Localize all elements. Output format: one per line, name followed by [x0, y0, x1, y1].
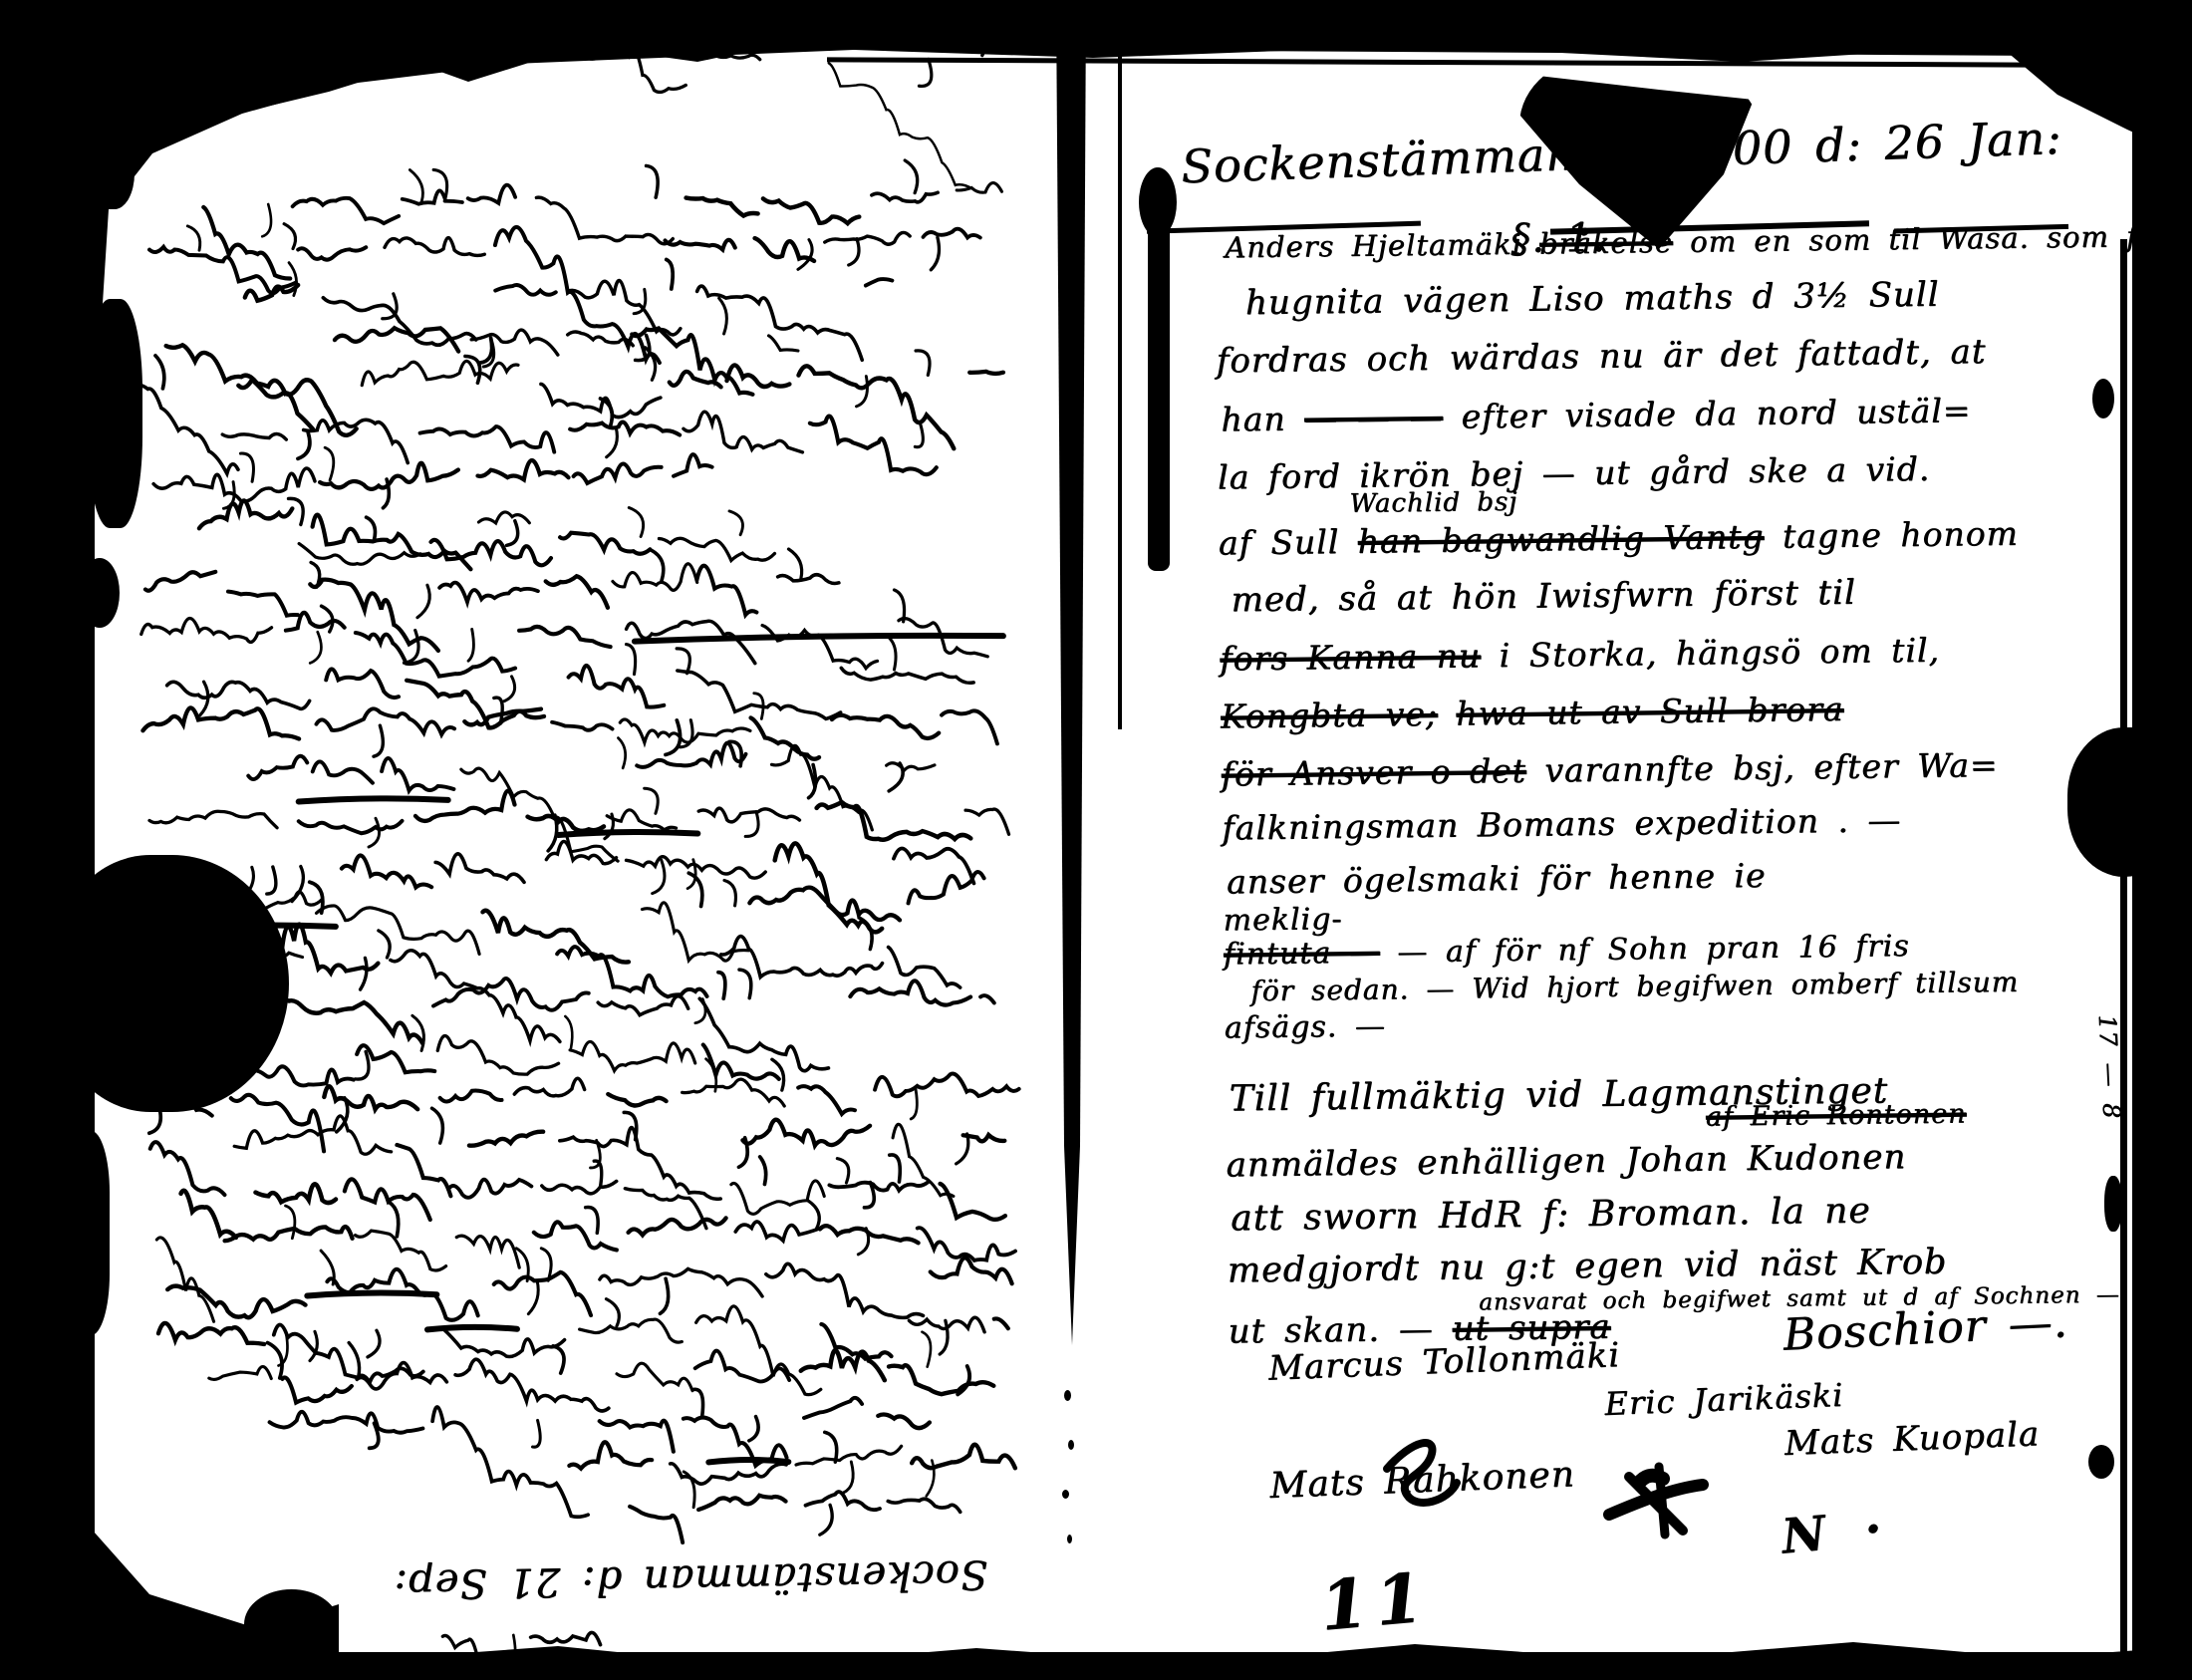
- handwriting-line: [889, 763, 904, 791]
- handwriting-line: [534, 1221, 617, 1252]
- handwriting-line: [600, 1267, 762, 1299]
- scan-artifact-left-speckle: [88, 299, 142, 528]
- handwriting-line: [266, 867, 276, 894]
- scanned-manuscript-spread: Sockenstämman år 1800 d: 26 Jan: §. 1. B…: [0, 0, 2192, 1680]
- scan-artifact-fold-line: [1118, 52, 1122, 729]
- handwriting-line: [908, 872, 984, 903]
- handwriting-line: [819, 1505, 832, 1535]
- handwriting-line: [719, 298, 727, 334]
- handwriting-line: [889, 1364, 993, 1395]
- handwriting-line: [342, 854, 431, 889]
- handwriting-line: [546, 576, 608, 609]
- handwriting-line: [888, 1499, 960, 1514]
- handwriting-line: [798, 364, 954, 451]
- handwriting-line: [410, 169, 422, 201]
- handwriting-line: [403, 190, 462, 204]
- handwriting-line: [696, 565, 756, 616]
- handwriting-line: [940, 1320, 949, 1354]
- handwriting-line: [312, 512, 470, 572]
- handwriting-line: [379, 931, 390, 958]
- handwriting-line: [890, 1155, 901, 1182]
- handwriting-line: [769, 335, 798, 351]
- handwriting-line: [889, 946, 960, 988]
- strike-through-mark: [427, 1326, 517, 1330]
- strike-through-mark: [307, 1291, 436, 1296]
- handwriting-line: [629, 507, 644, 536]
- manuscript-text: Anders Hjeltamäki: [1225, 227, 1539, 265]
- manuscript-line: med, så at hön Iwisfwrn först til: [1231, 573, 1856, 621]
- manuscript-text: [1438, 695, 1457, 733]
- handwriting-line: [286, 1206, 296, 1239]
- handwriting-line: [385, 237, 485, 257]
- scan-artifact-edge-speck: [2088, 1445, 2114, 1479]
- handwriting-line: [167, 1283, 306, 1318]
- manuscript-text: han: [1221, 399, 1304, 438]
- handwriting-line: [167, 680, 310, 711]
- manuscript-text: anmäldes enhälligen Johan Kudonen: [1226, 1137, 1906, 1185]
- handwriting-line: [941, 1183, 1005, 1221]
- handwriting-line: [469, 1132, 544, 1146]
- handwriting-line: [686, 196, 758, 216]
- handwriting-line: [651, 550, 664, 582]
- handwriting-line: [145, 572, 216, 591]
- handwriting-line: [565, 1016, 572, 1048]
- handwriting-line: [150, 1141, 225, 1196]
- handwriting-line: [542, 1181, 617, 1194]
- handwriting-line: [495, 224, 660, 365]
- handwriting-line: [745, 811, 759, 836]
- handwriting-line: [541, 1249, 551, 1281]
- handwriting-line: [494, 698, 503, 723]
- handwriting-line: [956, 1134, 968, 1164]
- struck-text: han bagwandlig Vantg: [1357, 517, 1764, 561]
- manuscript-text: afsägs. —: [1225, 1009, 1386, 1046]
- scan-artifact-edge-speck: [2104, 1176, 2122, 1232]
- handwriting-line: [829, 1182, 929, 1192]
- handwriting-line: [693, 1389, 702, 1418]
- scan-artifact-edge-speck: [2092, 379, 2114, 419]
- handwriting-line: [140, 617, 271, 644]
- struck-text: af Eric Rontonen: [1706, 1098, 1967, 1132]
- handwriting-line: [642, 901, 748, 962]
- handwriting-line: [477, 459, 568, 480]
- manuscript-line: falkningsman Bomans expedition . —: [1222, 800, 1901, 847]
- handwriting-line: [817, 800, 971, 842]
- handwriting-line: [389, 1202, 399, 1237]
- handwriting-line: [514, 1078, 585, 1096]
- handwriting-line: [557, 945, 706, 999]
- manuscript-text: hugnita vägen Liso maths d 3½ Sull: [1245, 275, 1940, 324]
- handwriting-line: [397, 1144, 450, 1197]
- handwriting-line: [293, 197, 400, 225]
- manuscript-line: att sworn HdR f: Broman. la ne: [1231, 1191, 1871, 1240]
- handwriting-line: [825, 232, 911, 245]
- manuscript-text: i Storka, hängsö om til,: [1481, 631, 1940, 676]
- handwriting-line: [355, 1230, 445, 1272]
- handwriting-line: [180, 1190, 235, 1239]
- manuscript-text: om en som til Wasa. som för beskeds: [1673, 217, 2192, 259]
- handwriting-line: [155, 356, 164, 389]
- handwriting-line: [739, 970, 751, 998]
- struck-text: Kongbta ve;: [1221, 695, 1438, 736]
- handwriting-line: [536, 195, 673, 246]
- handwriting-line: [495, 284, 556, 295]
- handwriting-line: [755, 237, 815, 262]
- manuscript-line: afsägs. —: [1225, 1009, 1386, 1046]
- manuscript-line: meklig-: [1223, 902, 1342, 938]
- struck-text: — — —: [1304, 398, 1443, 438]
- scan-artifact-left-speckle: [80, 558, 120, 628]
- handwriting-line: [569, 1441, 652, 1468]
- handwriting-line: [807, 1200, 819, 1229]
- manuscript-text: meklig-: [1223, 902, 1342, 938]
- handwriting-line: [570, 1040, 695, 1072]
- scan-artifact-left-speckle: [85, 120, 135, 209]
- handwriting-line: [284, 223, 296, 248]
- manuscript-line: anmäldes enhälligen Johan Kudonen: [1226, 1137, 1906, 1185]
- handwriting-line: [606, 427, 618, 457]
- strike-through-mark: [558, 831, 697, 836]
- handwriting-line: [916, 351, 930, 376]
- handwriting-line: [303, 419, 408, 464]
- handwriting-line: [142, 705, 299, 741]
- handwriting-line: [369, 1423, 379, 1448]
- manuscript-line: anser ögelsmaki för henne ie: [1227, 856, 1767, 902]
- manuscript-text: att sworn HdR f: Broman. la ne: [1231, 1191, 1871, 1240]
- handwriting-line: [455, 1357, 609, 1414]
- handwriting-line: [506, 521, 518, 546]
- handwriting-line: [570, 421, 680, 437]
- handwriting-line: [682, 1078, 784, 1107]
- handwriting-line: [804, 1398, 863, 1418]
- handwriting-line: [729, 511, 743, 535]
- handwriting-line: [911, 1088, 918, 1119]
- handwriting-line: [504, 677, 515, 701]
- handwriting-line: [699, 996, 828, 1073]
- handwriting-line: [694, 1349, 789, 1382]
- handwriting-line: [313, 760, 373, 783]
- margin-scribble: [829, 61, 972, 191]
- struck-text: fors Kanna nu: [1220, 636, 1481, 678]
- handwriting-line: [637, 742, 746, 767]
- manuscript-line: af Eric Rontonen: [1706, 1098, 1967, 1132]
- handwriting-line: [607, 809, 677, 831]
- handwriting-line: [297, 432, 310, 458]
- handwriting-line: [718, 973, 725, 999]
- handwriting-line: [912, 1444, 1015, 1470]
- handwriting-line: [632, 327, 752, 397]
- handwriting-line: [760, 1157, 766, 1185]
- scan-artifact-top-streak: [1131, 21, 1569, 35]
- handwriting-line: [800, 1349, 884, 1381]
- handwriting-line: [298, 247, 366, 260]
- handwriting-line: [228, 590, 298, 616]
- handwriting-line: [362, 360, 518, 385]
- handwriting-line: [349, 1342, 360, 1376]
- handwriting-line: [224, 1227, 352, 1241]
- handwriting-line: [630, 1506, 683, 1543]
- handwriting-line: [325, 447, 334, 480]
- handwriting-line: [547, 815, 557, 851]
- handwriting-line: [391, 948, 560, 1044]
- handwriting-line: [885, 634, 896, 670]
- handwriting-line: [439, 581, 538, 603]
- handwriting-line: [222, 433, 286, 440]
- handwriting-line: [922, 1332, 931, 1367]
- handwriting-line: [356, 630, 515, 678]
- handwriting-line: [416, 585, 429, 618]
- handwriting-line: [345, 1178, 430, 1221]
- handwriting-line: [234, 1115, 392, 1156]
- handwriting-line: [586, 1207, 599, 1233]
- scan-artifact-fold-blotch: [1139, 167, 1177, 237]
- handwriting-line: [367, 1330, 380, 1357]
- bomarke-N ·: N ·: [1780, 1500, 1892, 1564]
- handwriting-line: [969, 372, 1003, 375]
- handwriting-line: [843, 1462, 854, 1493]
- manuscript-line: Wachlid bsj: [1349, 487, 1517, 519]
- manuscript-text: — af för nf Sohn pran 16 fris: [1380, 929, 1910, 970]
- handwriting-line: [255, 1184, 336, 1204]
- handwriting-line: [980, 995, 994, 1003]
- scan-artifact-gutter-dot: [1062, 1490, 1069, 1499]
- handwriting-line: [132, 383, 238, 475]
- handwriting-line: [149, 810, 277, 830]
- handwriting-line: [735, 1221, 817, 1242]
- manuscript-text: Wachlid bsj: [1349, 487, 1517, 519]
- handwriting-line: [608, 1093, 666, 1106]
- scan-artifact-left-band: [0, 0, 95, 1680]
- handwriting-line: [724, 880, 736, 906]
- handwriting-line: [694, 998, 705, 1022]
- handwriting-line: [269, 1410, 422, 1435]
- handwriting-line: [894, 847, 974, 885]
- handwriting-line: [432, 1404, 588, 1519]
- handwriting-line: [805, 1491, 880, 1511]
- handwriting-line: [468, 629, 474, 661]
- manuscript-text: med, så at hön Iwisfwrn först til: [1231, 573, 1856, 621]
- scan-artifact-gutter-dot: [1064, 1390, 1071, 1401]
- left-page-handwriting: [126, 19, 1089, 1675]
- handwriting-line: [647, 165, 659, 197]
- strike-through-mark: [299, 797, 448, 802]
- manuscript-text: falkningsman Bomans expedition . —: [1222, 800, 1901, 847]
- handwriting-line: [698, 807, 799, 823]
- handwriting-line: [858, 1229, 869, 1255]
- scan-artifact-thumb-stem: [0, 877, 90, 1086]
- handwriting-line: [383, 479, 390, 508]
- manuscript-text: af Sull: [1219, 522, 1358, 563]
- handwriting-line: [203, 205, 290, 280]
- handwriting-line: [553, 1346, 564, 1374]
- handwriting-line: [456, 1235, 519, 1268]
- handwriting-line: [432, 1108, 443, 1143]
- handwriting-line: [429, 1326, 565, 1358]
- handwriting-line: [798, 1085, 855, 1114]
- handwriting-line: [875, 1072, 1019, 1097]
- handwriting-line: [698, 1495, 786, 1510]
- bomarke-11: 11: [1317, 1557, 1434, 1646]
- handwriting-line: [435, 853, 524, 884]
- handwriting-line: [231, 1094, 324, 1153]
- handwriting-line: [198, 500, 292, 529]
- handwriting-line: [627, 644, 636, 674]
- handwriting-line: [872, 192, 938, 203]
- scan-artifact-blob: [244, 1589, 339, 1659]
- handwriting-line: [471, 329, 558, 356]
- manuscript-line: hugnita vägen Liso maths d 3½ Sull: [1245, 275, 1940, 324]
- handwriting-line: [245, 285, 299, 301]
- handwriting-line: [841, 666, 973, 686]
- struck-text: hwa ut av Sull brora: [1456, 690, 1844, 733]
- handwriting-line: [878, 1414, 930, 1429]
- handwriting-line: [324, 1085, 417, 1111]
- handwriting-line: [579, 1319, 682, 1344]
- handwriting-line: [373, 725, 383, 756]
- handwriting-line: [684, 410, 803, 453]
- handwriting-line: [568, 665, 664, 708]
- handwriting-line: [248, 756, 308, 780]
- handwriting-line: [674, 454, 712, 476]
- handwriting-line: [894, 590, 904, 622]
- struck-text: fintuta —: [1224, 936, 1380, 973]
- handwriting-line: [646, 348, 656, 381]
- handwriting-line: [645, 788, 659, 813]
- handwriting-line: [367, 517, 376, 541]
- handwriting-line: [763, 197, 860, 225]
- handwriting-line: [848, 239, 859, 265]
- handwriting-line: [528, 1280, 539, 1313]
- handwriting-line: [905, 160, 918, 193]
- handwriting-line: [299, 819, 403, 834]
- handwriting-line: [994, 1318, 1008, 1328]
- handwriting-line: [552, 721, 613, 731]
- struck-text: för Ansver o det: [1221, 751, 1526, 794]
- handwriting-line: [624, 1112, 637, 1140]
- handwriting-line: [310, 882, 323, 913]
- manuscript-text: efter visade da nord ustäl=: [1443, 391, 1972, 435]
- handwriting-line: [357, 1362, 447, 1389]
- handwriting-line: [494, 1271, 591, 1316]
- handwriting-line: [666, 239, 735, 250]
- handwriting-line: [731, 1181, 825, 1215]
- handwriting-line: [326, 668, 399, 699]
- handwriting-line: [887, 762, 936, 770]
- handwriting-line: [158, 1321, 264, 1346]
- handwriting-line: [634, 289, 646, 313]
- handwriting-line: [335, 327, 458, 354]
- strike-through-mark: [708, 1459, 788, 1463]
- handwriting-line: [965, 809, 1008, 835]
- handwriting-line: [613, 564, 697, 592]
- handwriting-line: [864, 1183, 874, 1208]
- handwriting-line: [617, 1362, 692, 1392]
- handwriting-line: [240, 453, 253, 482]
- handwriting-line: [796, 1446, 902, 1465]
- scan-artifact-gutter-dot: [1068, 1440, 1074, 1450]
- handwriting-line: [665, 720, 681, 755]
- handwriting-line: [832, 713, 939, 740]
- handwriting-line: [299, 541, 420, 565]
- handwriting-line: [479, 338, 492, 363]
- handwriting-line: [942, 710, 997, 744]
- manuscript-text: anser ögelsmaki för henne ie: [1227, 856, 1767, 902]
- handwriting-line: [187, 226, 200, 251]
- handwriting-line: [560, 531, 650, 555]
- handwriting-line: [360, 958, 367, 989]
- handwriting-line: [606, 1298, 619, 1326]
- handwriting-line: [440, 1090, 502, 1102]
- handwriting-line: [282, 1376, 352, 1402]
- handwriting-line: [570, 279, 681, 336]
- handwriting-line: [660, 1278, 669, 1313]
- scan-artifact-page-edge-line: [2120, 239, 2127, 1654]
- handwriting-line: [762, 624, 878, 671]
- handwriting-line: [856, 377, 868, 407]
- handwriting-line: [415, 791, 515, 822]
- handwriting-line: [467, 184, 515, 203]
- handwriting-line: [866, 279, 893, 286]
- manuscript-text: tagne honom: [1764, 514, 2019, 556]
- handwriting-line: [667, 259, 674, 289]
- handwriting-line: [742, 1118, 870, 1147]
- handwriting-line: [531, 1632, 601, 1646]
- handwriting-line: [628, 1218, 726, 1235]
- margin-scribble: [919, 59, 932, 86]
- scan-artifact-gutter-dot: [1067, 1535, 1072, 1543]
- handwriting-line: [262, 204, 272, 236]
- handwriting-line: [532, 1420, 540, 1447]
- handwriting-line: [156, 1237, 213, 1322]
- handwriting-line: [310, 632, 322, 663]
- handwriting-line: [766, 1261, 924, 1320]
- handwriting-line: [482, 908, 628, 965]
- handwriting-line: [598, 996, 688, 1016]
- handwriting-line: [778, 574, 839, 584]
- scan-artifact-thumb-blob: [55, 855, 289, 1112]
- handwriting-line: [931, 237, 940, 270]
- handwriting-line: [620, 717, 750, 743]
- handwriting-line: [419, 425, 554, 454]
- handwriting-line: [478, 512, 529, 524]
- handwriting-line: [923, 228, 979, 238]
- handwriting-line: [316, 903, 479, 957]
- handwriting-line: [209, 1366, 272, 1379]
- handwriting-line: [316, 707, 454, 736]
- handwriting-line: [688, 873, 702, 907]
- handwriting-line: [751, 716, 820, 760]
- scan-artifact-left-bar: [48, 1131, 110, 1335]
- handwriting-line: [788, 549, 801, 579]
- handwriting-line: [930, 1257, 1011, 1284]
- strike-through-mark: [635, 633, 1003, 642]
- handwriting-line: [837, 1158, 849, 1183]
- handwriting-line: [519, 626, 611, 649]
- handwriting-line: [618, 737, 625, 767]
- handwriting-line: [448, 1179, 532, 1198]
- handwriting-line: [382, 757, 454, 791]
- bomarke-cross: [1609, 1467, 1703, 1535]
- handwriting-line: [915, 422, 924, 447]
- handwriting-line: [748, 1417, 758, 1441]
- manuscript-text: varannfte bsj, efter Wa=: [1525, 745, 1998, 790]
- handwriting-line: [274, 1322, 423, 1384]
- handwriting-line: [437, 1034, 559, 1076]
- manuscript-line: Kongbta ve; hwa ut av Sull brora: [1221, 690, 1844, 736]
- handwriting-line: [573, 463, 662, 483]
- handwriting-line: [659, 537, 774, 562]
